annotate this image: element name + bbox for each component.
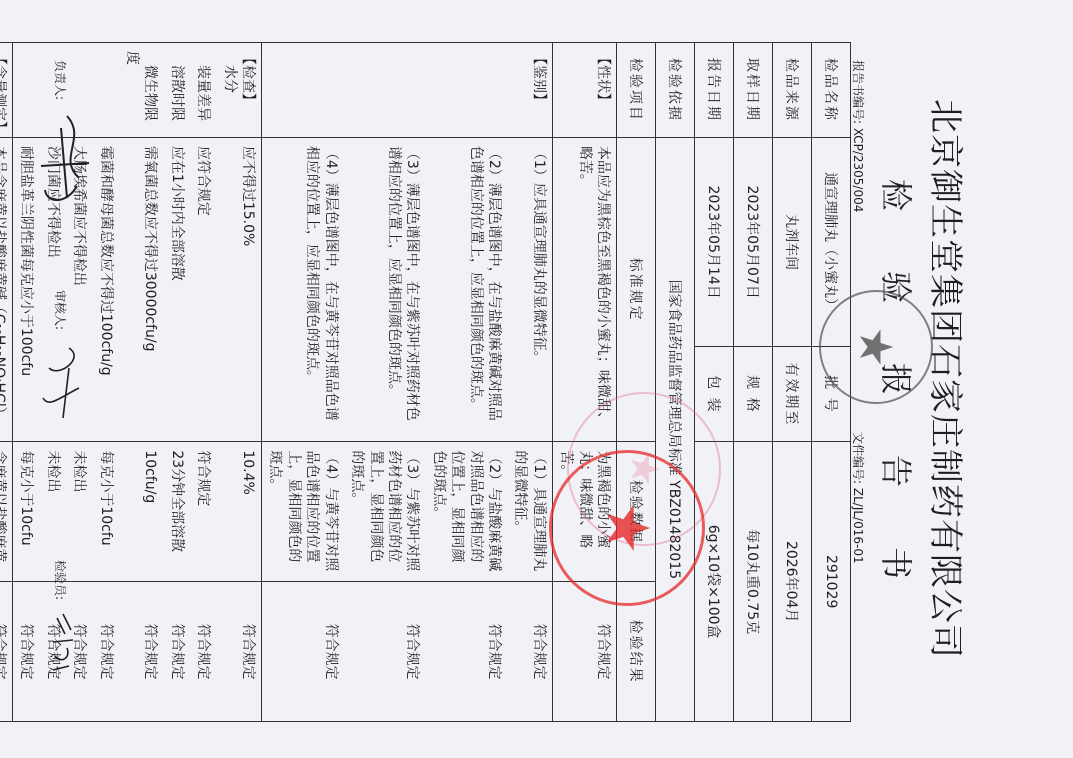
section-label: 【鉴别】 bbox=[529, 51, 547, 129]
test-data: （2）与盐酸麻黄碱对照品色谱相应的位置上，显相同颜色的斑点。 bbox=[425, 442, 507, 582]
test-result: 符合规定 bbox=[507, 582, 552, 722]
test-standard: 应在1小时内全部溶散 bbox=[163, 137, 189, 441]
column-header-row: 检验项目 标准规定 检验数据 检验结果 bbox=[617, 43, 656, 722]
column-item: 检验项目 bbox=[617, 43, 656, 138]
test-row: 【含量测定】本品含麻黄以盐酸麻黄碱（C₁₀H₁₅NO·HCl）和盐酸伪麻黄碱（C… bbox=[0, 43, 13, 722]
file-number-value: ZL/JL/016-01 bbox=[851, 488, 865, 564]
test-data: 每克小于10cfu bbox=[13, 442, 40, 582]
test-item-label: 溶散时限 bbox=[169, 51, 185, 121]
test-result: 符合规定 bbox=[163, 582, 189, 722]
signature-scribble-icon bbox=[47, 608, 77, 678]
test-row: 【检查】水分应不得过15.0%10.4%符合规定 bbox=[216, 43, 261, 722]
test-standard: 本品应为黑棕色至黑褐色的小蜜丸；味微甜、略苦。 bbox=[552, 137, 616, 441]
test-item-label: 微生物限度 bbox=[124, 51, 158, 121]
test-result: 符合规定 bbox=[190, 582, 216, 722]
company-title: 北京御生堂集团石家庄制药有限公司 bbox=[924, 0, 973, 758]
sample-date: 2023年05月07日 bbox=[734, 137, 773, 347]
test-row: 溶散时限应在1小时内全部溶散23分钟全部溶散符合规定 bbox=[163, 43, 189, 722]
test-result: 符合规定 bbox=[0, 582, 13, 722]
report-number-label: 报告书编号: bbox=[851, 60, 865, 124]
inspection-stamp-red: ★ bbox=[549, 450, 705, 606]
file-number: 文件编号: ZL/JL/016-01 bbox=[850, 432, 867, 564]
test-data: 每克小于10cfu bbox=[92, 442, 118, 582]
basis-label: 检验依据 bbox=[656, 43, 695, 138]
test-standard: 需氧菌总数应不得过30000cfu/g bbox=[119, 137, 164, 441]
source: 丸剂车间 bbox=[773, 137, 812, 347]
signature-scribble-icon bbox=[37, 108, 97, 218]
test-row: （2）薄层色谱图中，在与盐酸麻黄碱对照品色谱相应的位置上，应显相同颜色的斑点。（… bbox=[425, 43, 507, 722]
test-item-name bbox=[425, 43, 507, 138]
test-item-name bbox=[13, 43, 40, 138]
test-standard: 应符合规定 bbox=[190, 137, 216, 441]
test-result: 符合规定 bbox=[216, 582, 261, 722]
test-standard: 耐胆盐革兰阴性菌每克应小于100cfu bbox=[13, 137, 40, 441]
test-result: 符合规定 bbox=[425, 582, 507, 722]
test-standard: 应不得过15.0% bbox=[216, 137, 261, 441]
expiry-label: 有效期至 bbox=[773, 347, 812, 442]
inspector-signature: 检验员: bbox=[52, 560, 69, 600]
report-number: 报告书编号: XCP/2305/004 bbox=[850, 60, 867, 212]
test-data: （3）与紫苏叶对照药材色谱相应的位置上，显相同颜色的斑点。 bbox=[344, 442, 426, 582]
test-data: 10.4% bbox=[216, 442, 261, 582]
test-item-name bbox=[344, 43, 426, 138]
test-data: （4）与黄芩苷对照品色谱相应的位置上，显相同颜色的斑点。 bbox=[262, 442, 344, 582]
report-date: 2023年05月14日 bbox=[695, 137, 734, 347]
signature-scribble-icon bbox=[39, 338, 89, 428]
inspection-report-page: 北京御生堂集团石家庄制药有限公司 检验报告书 报告书编号: XCP/2305/0… bbox=[0, 0, 1073, 758]
test-row: 【性状】本品应为黑棕色至黑褐色的小蜜丸；味微甜、略苦。为黑褐色的小蜜丸；味微甜、… bbox=[552, 43, 616, 722]
test-item-label: 水分 bbox=[222, 51, 238, 93]
test-result: 符合规定 bbox=[344, 582, 426, 722]
test-item-name: 【鉴别】 bbox=[507, 43, 552, 138]
report-table: 检品名称 通宣理肺丸（小蜜丸） 批 号 291029 检品来源 丸剂车间 有效期… bbox=[0, 42, 851, 722]
sample-date-label: 取样日期 bbox=[734, 43, 773, 138]
reviewer-label: 审核人: bbox=[53, 290, 67, 330]
responsible-signature: 负责人: bbox=[52, 60, 69, 100]
test-item-name: 【含量测定】 bbox=[0, 43, 13, 138]
info-row: 取样日期 2023年05月07日 规 格 每10丸重0.75克 bbox=[734, 43, 773, 722]
expiry: 2026年04月 bbox=[773, 442, 812, 722]
test-item-name: 【检查】水分 bbox=[216, 43, 261, 138]
test-item-name: 微生物限度 bbox=[119, 43, 164, 138]
spec: 每10丸重0.75克 bbox=[734, 442, 773, 722]
product-name-label: 检品名称 bbox=[812, 43, 851, 138]
reviewer-signature: 审核人: bbox=[52, 290, 69, 330]
batch-number: 291029 bbox=[812, 442, 851, 722]
test-standard: （4）薄层色谱图中，在与黄芩苷对照品色谱相应的位置上，应显相同颜色的斑点。 bbox=[262, 137, 344, 441]
section-label: 【检查】 bbox=[239, 51, 257, 129]
test-item-name: 溶散时限 bbox=[163, 43, 189, 138]
info-row: 检验依据 国家食品药品监督管理总局标准 YBZ01482015 bbox=[656, 43, 695, 722]
spec-label: 规 格 bbox=[734, 347, 773, 442]
test-result: 符合规定 bbox=[119, 582, 164, 722]
star-icon: ★ bbox=[849, 326, 903, 367]
star-icon: ★ bbox=[592, 501, 662, 555]
test-row: （4）薄层色谱图中，在与黄芩苷对照品色谱相应的位置上，应显相同颜色的斑点。（4）… bbox=[262, 43, 344, 722]
test-item-name bbox=[262, 43, 344, 138]
test-data: 10cfu/g bbox=[119, 442, 164, 582]
test-row: 微生物限度需氧菌总数应不得过30000cfu/g10cfu/g符合规定 bbox=[119, 43, 164, 722]
test-item-label: 装量差异 bbox=[195, 51, 211, 121]
quality-stamp-gray: ★ bbox=[819, 290, 933, 404]
test-row: 耐胆盐革兰阴性菌每克应小于100cfu每克小于10cfu符合规定 bbox=[13, 43, 40, 722]
test-data: 符合规定 bbox=[190, 442, 216, 582]
test-data: 未检出 bbox=[66, 442, 92, 582]
file-number-label: 文件编号: bbox=[851, 432, 865, 484]
inspector-label: 检验员: bbox=[53, 560, 67, 600]
test-standard: （1）应具通宣理肺丸的显微特征。 bbox=[507, 137, 552, 441]
test-row: 装量差异应符合规定符合规定符合规定 bbox=[190, 43, 216, 722]
report-date-label: 报告日期 bbox=[695, 43, 734, 138]
test-row: 【鉴别】（1）应具通宣理肺丸的显微特征。（1）具通宣理肺丸的显微特征。符合规定 bbox=[507, 43, 552, 722]
section-label: 【性状】 bbox=[594, 51, 612, 129]
info-row: 报告日期 2023年05月14日 包 装 6g×10袋×100盒 bbox=[695, 43, 734, 722]
responsible-label: 负责人: bbox=[53, 60, 67, 100]
report-number-value: XCP/2305/004 bbox=[851, 128, 865, 213]
test-row: （3）薄层色谱图中，在与紫苏叶对照药材色谱相应的位置上，应显相同颜色的斑点。（3… bbox=[344, 43, 426, 722]
test-data: 23分钟全部溶散 bbox=[163, 442, 189, 582]
test-standard: （2）薄层色谱图中，在与盐酸麻黄碱对照品色谱相应的位置上，应显相同颜色的斑点。 bbox=[425, 137, 507, 441]
section-label: 【含量测定】 bbox=[0, 51, 8, 129]
test-data: 含麻黄以盐酸麻黄碱（C₁₀H₁₅NO·HCl）和盐酸伪麻黄碱（C₁₀H₁₅NO·… bbox=[0, 442, 13, 582]
test-result: 符合规定 bbox=[92, 582, 118, 722]
test-result: 符合规定 bbox=[262, 582, 344, 722]
source-label: 检品来源 bbox=[773, 43, 812, 138]
test-data: （1）具通宣理肺丸的显微特征。 bbox=[507, 442, 552, 582]
test-item-name: 装量差异 bbox=[190, 43, 216, 138]
test-result: 符合规定 bbox=[13, 582, 40, 722]
test-item-name: 【性状】 bbox=[552, 43, 616, 138]
test-standard: 本品含麻黄以盐酸麻黄碱（C₁₀H₁₅NO·HCl）和盐酸伪麻黄碱（C₁₀H₁₅N… bbox=[0, 137, 13, 441]
test-standard: （3）薄层色谱图中，在与紫苏叶对照药材色谱相应的位置上，应显相同颜色的斑点。 bbox=[344, 137, 426, 441]
info-row: 检品来源 丸剂车间 有效期至 2026年04月 bbox=[773, 43, 812, 722]
